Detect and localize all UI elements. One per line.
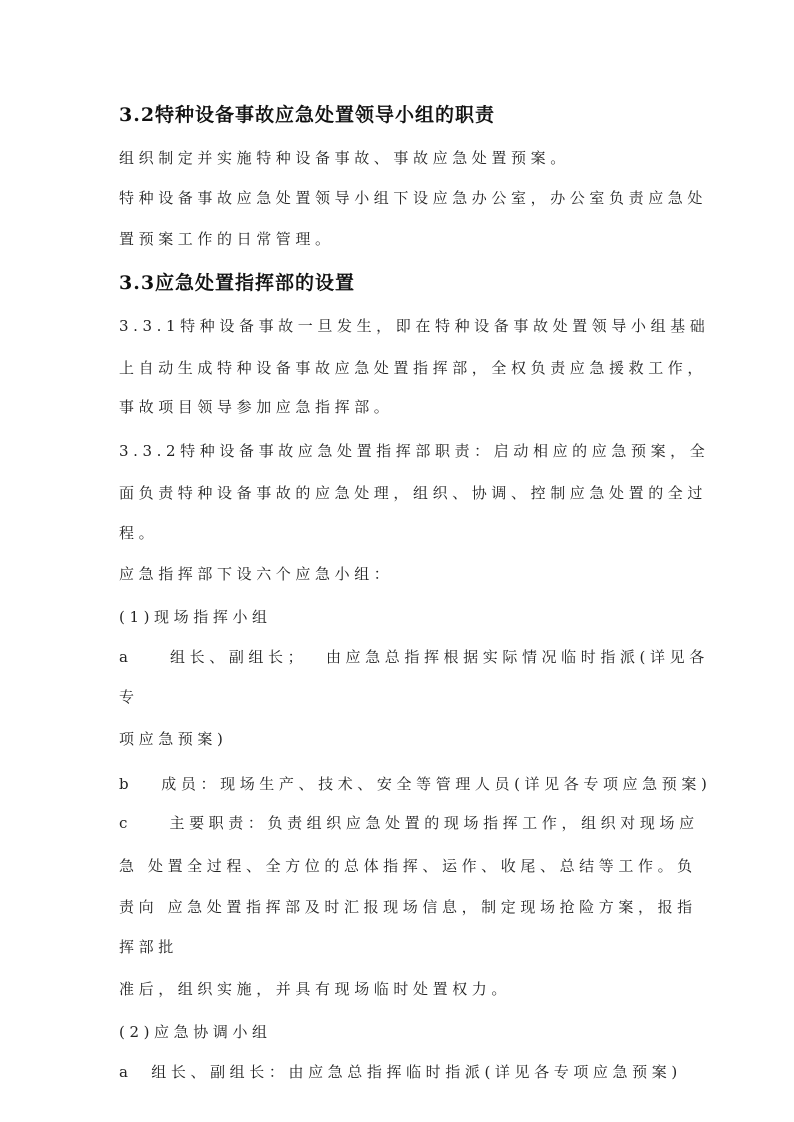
body-text-line: 应急指挥部下设六个应急小组： bbox=[119, 567, 393, 582]
body-text-line: 组织制定并实施特种设备事故、事故应急处置预案。 bbox=[119, 151, 570, 166]
body-text-line: 置预案工作的日常管理。 bbox=[119, 232, 335, 247]
body-text-line: (1)现场指挥小组 bbox=[119, 610, 272, 625]
body-text-line: 准后，组织实施，并具有现场临时处置权力。 bbox=[119, 982, 511, 997]
section-heading: 3.2特种设备事故应急处置领导小组的职责 bbox=[119, 106, 495, 125]
section-heading: 3.3应急处置指挥部的设置 bbox=[119, 274, 355, 293]
body-text-line: 特种设备事故应急处置领导小组下设应急办公室，办公室负责应急处 bbox=[119, 191, 707, 206]
body-text-line: 责向 应急处置指挥部及时汇报现场信息，制定现场抢险方案，报指 bbox=[119, 900, 697, 915]
body-text-line: a 组长、副组长：由应急总指挥临时指派(详见各专项应急预案) bbox=[119, 1065, 682, 1080]
body-text-line: 专 bbox=[119, 690, 139, 705]
body-text-line: 3.3.2特种设备事故应急处置指挥部职责：启动相应的应急预案，全 bbox=[119, 444, 709, 459]
body-text-line: 挥部批 bbox=[119, 940, 178, 955]
body-text-line: 项应急预案) bbox=[119, 732, 227, 747]
body-text-line: 上自动生成特种设备事故应急处置指挥部，全权负责应急援救工作， bbox=[119, 361, 707, 376]
body-text-line: 事故项目领导参加应急指挥部。 bbox=[119, 400, 393, 415]
body-text-line: a 组长、副组长； 由应急总指挥根据实际情况临时指派(详见各 bbox=[119, 650, 709, 665]
body-text-line: b 成员：现场生产、技术、安全等管理人员(详见各专项应急预案) bbox=[119, 777, 711, 792]
body-text-line: 急 处置全过程、全方位的总体指挥、运作、收尾、总结等工作。负 bbox=[119, 859, 697, 874]
body-text-line: 3.3.1特种设备事故一旦发生，即在特种设备事故处置领导小组基础 bbox=[119, 319, 709, 334]
body-text-line: 面负责特种设备事故的应急处理，组织、协调、控制应急处置的全过 bbox=[119, 486, 707, 501]
body-text-line: 程。 bbox=[119, 526, 158, 541]
body-text-line: c 主要职责：负责组织应急处置的现场指挥工作，组织对现场应 bbox=[119, 816, 699, 831]
body-text-line: (2)应急协调小组 bbox=[119, 1025, 272, 1040]
